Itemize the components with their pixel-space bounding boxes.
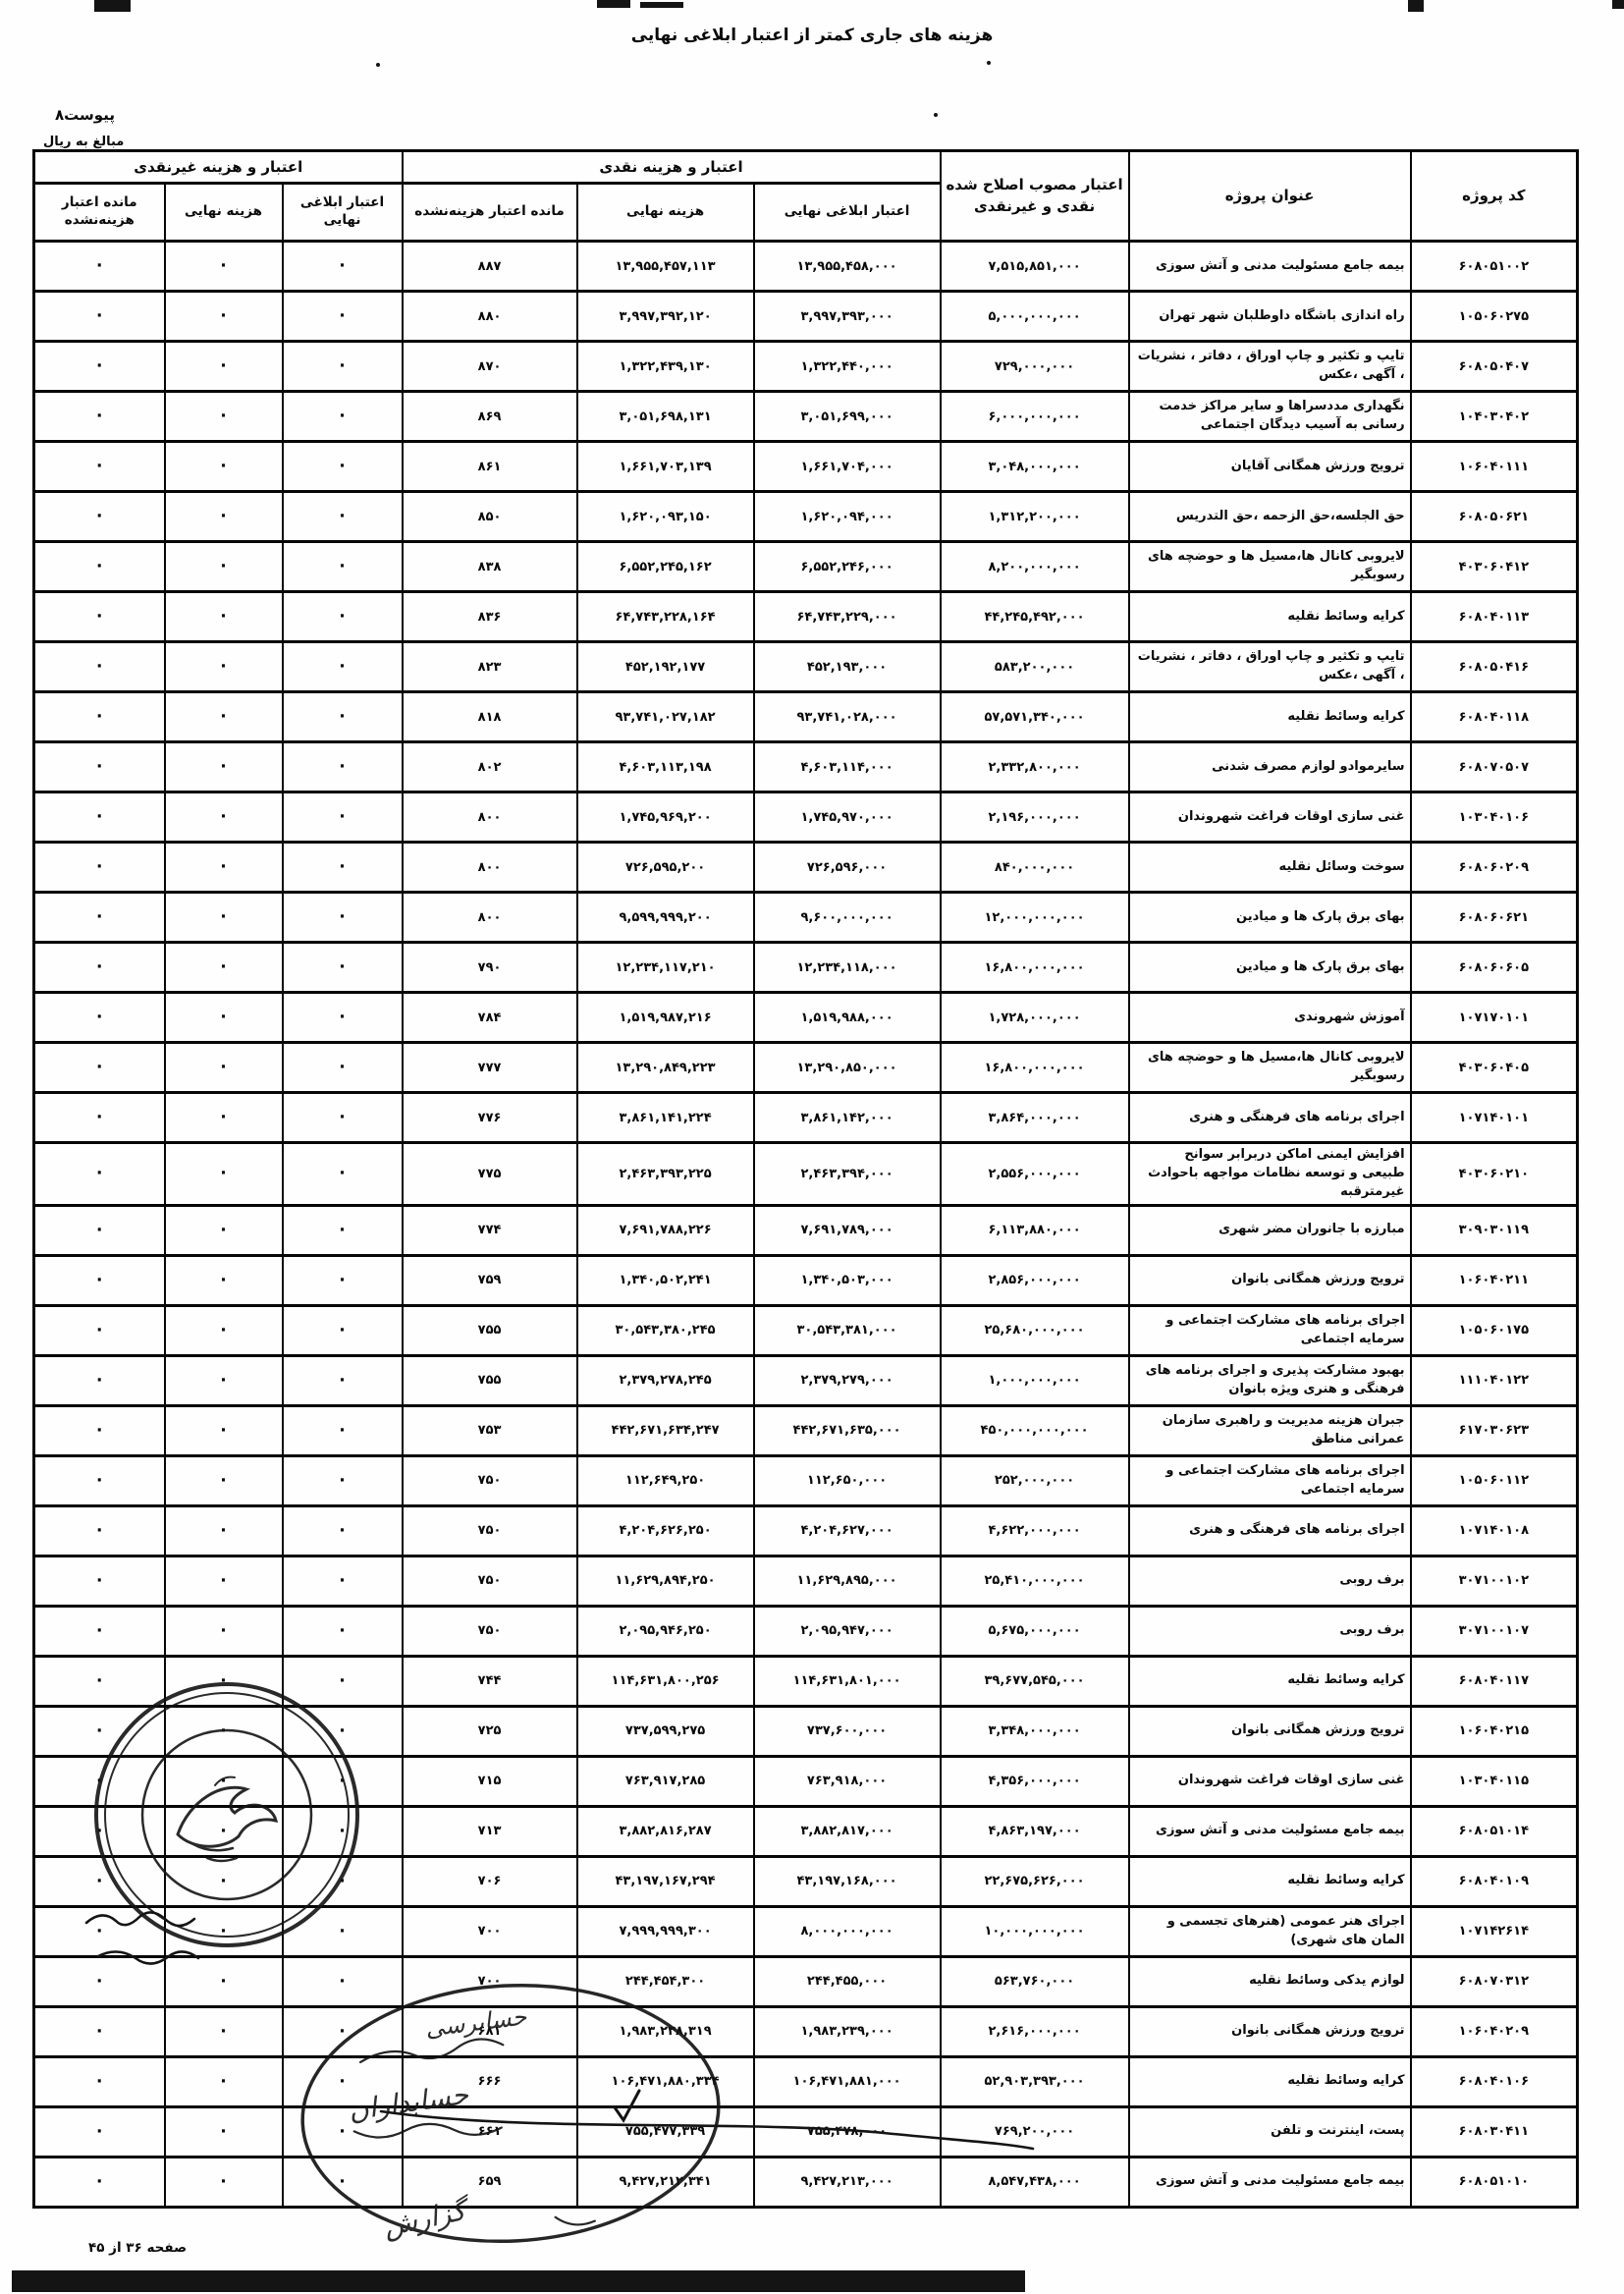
noncash-balance-cell: · [34, 1305, 165, 1355]
project-code-cell: ۱۰۳۰۴۰۱۰۶ [1411, 792, 1578, 843]
project-code-cell: ۶۰۸۰۴۰۱۰۹ [1411, 1856, 1578, 1906]
noncash-balance-cell: · [34, 2056, 165, 2106]
noncash-allocated-cell: · [283, 1043, 403, 1093]
noncash-expense-cell: · [165, 1856, 283, 1906]
cash-expense-cell: ۴,۲۰۴,۶۲۶,۲۵۰ [577, 1505, 754, 1556]
noncash-allocated-cell: · [283, 342, 403, 392]
header-group-noncash: اعتبار و هزینه غیرنقدی [34, 151, 403, 184]
project-title-cell: بیمه جامع مسئولیت مدنی و آتش سوزی [1129, 1806, 1411, 1856]
noncash-balance-cell: · [34, 392, 165, 442]
cash-balance-cell: ۸۱۸ [403, 692, 577, 742]
cash-allocated-cell: ۲,۴۶۳,۳۹۴,۰۰۰ [754, 1143, 941, 1206]
noncash-expense-cell: · [165, 1906, 283, 1956]
cash-expense-cell: ۱,۵۱۹,۹۸۷,۲۱۶ [577, 993, 754, 1043]
header-noncash-expense: هزینه نهایی [165, 184, 283, 242]
project-code-cell: ۶۰۸۰۷۰۳۱۲ [1411, 1956, 1578, 2006]
cash-balance-cell: ۷۰۰ [403, 1956, 577, 2006]
cash-expense-cell: ۱۱,۶۲۹,۸۹۴,۲۵۰ [577, 1556, 754, 1606]
cash-allocated-cell: ۳,۰۵۱,۶۹۹,۰۰۰ [754, 392, 941, 442]
cash-balance-cell: ۸۷۰ [403, 342, 577, 392]
table-row: ۶۰۸۰۴۰۱۱۸ کرایه وسائط نقلیه ۵۷,۵۷۱,۳۴۰,۰… [34, 692, 1578, 742]
project-code-cell: ۶۰۸۰۴۰۱۱۳ [1411, 592, 1578, 642]
project-code-cell: ۶۰۸۰۴۰۱۰۶ [1411, 2056, 1578, 2106]
cash-balance-cell: ۸۶۱ [403, 442, 577, 492]
cash-allocated-cell: ۱,۷۴۵,۹۷۰,۰۰۰ [754, 792, 941, 843]
noncash-expense-cell: · [165, 592, 283, 642]
noncash-expense-cell: · [165, 943, 283, 993]
noncash-balance-cell: · [34, 2106, 165, 2157]
table-row: ۶۰۸۰۵۰۴۰۷ تایپ و تکثیر و چاپ اوراق ، دفا… [34, 342, 1578, 392]
cash-balance-cell: ۷۵۰ [403, 1606, 577, 1656]
project-code-cell: ۱۰۴۰۳۰۴۰۲ [1411, 392, 1578, 442]
approved-credit-cell: ۱,۰۰۰,۰۰۰,۰۰۰ [941, 1355, 1129, 1405]
project-code-cell: ۳۰۹۰۳۰۱۱۹ [1411, 1205, 1578, 1255]
table-row: ۱۰۷۱۴۰۱۰۸ اجرای برنامه های فرهنگی و هنری… [34, 1505, 1578, 1556]
noncash-expense-cell: · [165, 542, 283, 592]
cash-balance-cell: ۸۶۹ [403, 392, 577, 442]
cash-allocated-cell: ۶۴,۷۴۳,۲۲۹,۰۰۰ [754, 592, 941, 642]
project-title-cell: اجرای برنامه های مشارکت اجتماعی و سرمایه… [1129, 1305, 1411, 1355]
noncash-allocated-cell: · [283, 1205, 403, 1255]
approved-credit-cell: ۵۷,۵۷۱,۳۴۰,۰۰۰ [941, 692, 1129, 742]
table-row: ۴۰۳۰۶۰۴۰۵ لایروبی کانال ها،مسیل ها و حوض… [34, 1043, 1578, 1093]
scan-artifact-top-marks [94, 0, 1624, 117]
project-title-cell: کرایه وسائط نقلیه [1129, 2056, 1411, 2106]
cash-expense-cell: ۳۰,۵۴۳,۳۸۰,۲۴۵ [577, 1305, 754, 1355]
cash-expense-cell: ۶,۵۵۲,۲۴۵,۱۶۲ [577, 542, 754, 592]
cash-expense-cell: ۱۳,۲۹۰,۸۴۹,۲۲۳ [577, 1043, 754, 1093]
noncash-balance-cell: · [34, 1043, 165, 1093]
approved-credit-cell: ۲۵,۴۱۰,۰۰۰,۰۰۰ [941, 1556, 1129, 1606]
cash-balance-cell: ۷۲۵ [403, 1706, 577, 1756]
cash-expense-cell: ۱,۷۴۵,۹۶۹,۲۰۰ [577, 792, 754, 843]
approved-credit-cell: ۴,۳۵۶,۰۰۰,۰۰۰ [941, 1756, 1129, 1806]
table-row: ۶۰۸۰۴۰۱۱۷ کرایه وسائط نقلیه ۳۹,۶۷۷,۵۴۵,۰… [34, 1656, 1578, 1706]
cash-expense-cell: ۱,۶۲۰,۰۹۳,۱۵۰ [577, 492, 754, 542]
header-group-cash: اعتبار و هزینه نقدی [403, 151, 941, 184]
project-title-cell: برف روبی [1129, 1606, 1411, 1656]
noncash-balance-cell: · [34, 642, 165, 692]
table-row: ۱۰۶۰۴۰۲۱۱ ترویج ورزش همگانی بانوان ۲,۸۵۶… [34, 1255, 1578, 1305]
project-title-cell: اجرای برنامه های مشارکت اجتماعی و سرمایه… [1129, 1455, 1411, 1505]
cash-allocated-cell: ۳,۸۶۱,۱۴۲,۰۰۰ [754, 1093, 941, 1143]
cash-balance-cell: ۶۶۱ [403, 2106, 577, 2157]
cash-balance-cell: ۸۳۸ [403, 542, 577, 592]
cash-expense-cell: ۹,۵۹۹,۹۹۹,۲۰۰ [577, 893, 754, 943]
noncash-expense-cell: · [165, 1706, 283, 1756]
cash-allocated-cell: ۱۳,۲۹۰,۸۵۰,۰۰۰ [754, 1043, 941, 1093]
cash-expense-cell: ۷۵۵,۴۷۷,۳۳۹ [577, 2106, 754, 2157]
cash-expense-cell: ۱,۳۴۰,۵۰۲,۲۴۱ [577, 1255, 754, 1305]
header-project-code: کد پروژه [1411, 151, 1578, 242]
cash-expense-cell: ۷,۹۹۹,۹۹۹,۳۰۰ [577, 1906, 754, 1956]
cash-expense-cell: ۴۵۲,۱۹۲,۱۷۷ [577, 642, 754, 692]
noncash-allocated-cell: · [283, 1093, 403, 1143]
project-code-cell: ۱۰۵۰۶۰۱۷۵ [1411, 1305, 1578, 1355]
project-title-cell: افزایش ایمنی اماکن دربرابر سوانح طبیعی و… [1129, 1143, 1411, 1206]
noncash-allocated-cell: · [283, 2006, 403, 2056]
project-code-cell: ۶۰۸۰۵۱۰۰۲ [1411, 242, 1578, 292]
cash-balance-cell: ۸۸۷ [403, 242, 577, 292]
project-title-cell: تایپ و تکثیر و چاپ اوراق ، دفاتر ، نشریا… [1129, 342, 1411, 392]
noncash-balance-cell: · [34, 1255, 165, 1305]
approved-credit-cell: ۶,۱۱۳,۸۸۰,۰۰۰ [941, 1205, 1129, 1255]
noncash-allocated-cell: · [283, 1856, 403, 1906]
project-code-cell: ۱۰۳۰۴۰۱۱۵ [1411, 1756, 1578, 1806]
noncash-allocated-cell: · [283, 492, 403, 542]
cash-allocated-cell: ۲,۳۷۹,۲۷۹,۰۰۰ [754, 1355, 941, 1405]
noncash-allocated-cell: · [283, 792, 403, 843]
cash-balance-cell: ۷۵۳ [403, 1405, 577, 1455]
project-code-cell: ۴۰۳۰۶۰۴۱۲ [1411, 542, 1578, 592]
project-code-cell: ۳۰۷۱۰۰۱۰۲ [1411, 1556, 1578, 1606]
table-row: ۱۱۱۰۴۰۱۲۲ بهبود مشارکت پذیری و اجرای برن… [34, 1355, 1578, 1405]
cash-balance-cell: ۷۵۰ [403, 1455, 577, 1505]
noncash-balance-cell: · [34, 1806, 165, 1856]
noncash-balance-cell: · [34, 792, 165, 843]
noncash-expense-cell: · [165, 1255, 283, 1305]
project-code-cell: ۱۰۷۱۴۰۱۰۱ [1411, 1093, 1578, 1143]
noncash-allocated-cell: · [283, 742, 403, 792]
cash-balance-cell: ۶۸۱ [403, 2006, 577, 2056]
noncash-allocated-cell: · [283, 943, 403, 993]
noncash-allocated-cell: · [283, 2056, 403, 2106]
cash-balance-cell: ۷۷۶ [403, 1093, 577, 1143]
header-cash-expense: هزینه نهایی [577, 184, 754, 242]
table-row: ۶۰۸۰۵۱۰۰۲ بیمه جامع مسئولیت مدنی و آتش س… [34, 242, 1578, 292]
noncash-expense-cell: · [165, 692, 283, 742]
approved-credit-cell: ۱,۷۲۸,۰۰۰,۰۰۰ [941, 993, 1129, 1043]
cash-balance-cell: ۷۹۰ [403, 943, 577, 993]
noncash-expense-cell: · [165, 2157, 283, 2207]
approved-credit-cell: ۶,۰۰۰,۰۰۰,۰۰۰ [941, 392, 1129, 442]
approved-credit-cell: ۵۶۳,۷۶۰,۰۰۰ [941, 1956, 1129, 2006]
approved-credit-cell: ۲۲,۶۷۵,۶۲۶,۰۰۰ [941, 1856, 1129, 1906]
noncash-expense-cell: · [165, 843, 283, 893]
noncash-expense-cell: · [165, 242, 283, 292]
cash-allocated-cell: ۴۵۲,۱۹۳,۰۰۰ [754, 642, 941, 692]
project-code-cell: ۶۰۸۰۷۰۵۰۷ [1411, 742, 1578, 792]
table-row: ۱۰۶۰۴۰۲۰۹ ترویج ورزش همگانی بانوان ۲,۶۱۶… [34, 2006, 1578, 2056]
cash-balance-cell: ۷۷۷ [403, 1043, 577, 1093]
cash-allocated-cell: ۸,۰۰۰,۰۰۰,۰۰۰ [754, 1906, 941, 1956]
cash-allocated-cell: ۱۱,۶۲۹,۸۹۵,۰۰۰ [754, 1556, 941, 1606]
project-title-cell: اجرای برنامه های فرهنگی و هنری [1129, 1093, 1411, 1143]
table-row: ۶۰۸۰۵۰۶۲۱ حق الجلسه،حق الزحمه ،حق التدری… [34, 492, 1578, 542]
noncash-balance-cell: · [34, 943, 165, 993]
noncash-allocated-cell: · [283, 1806, 403, 1856]
noncash-expense-cell: · [165, 442, 283, 492]
noncash-balance-cell: · [34, 1143, 165, 1206]
approved-credit-cell: ۲,۱۹۶,۰۰۰,۰۰۰ [941, 792, 1129, 843]
cash-balance-cell: ۶۵۹ [403, 2157, 577, 2207]
noncash-expense-cell: · [165, 1505, 283, 1556]
page-number: صفحه ۳۶ از ۴۵ [88, 2240, 187, 2256]
cash-balance-cell: ۷۴۴ [403, 1656, 577, 1706]
cash-allocated-cell: ۳,۹۹۷,۳۹۳,۰۰۰ [754, 292, 941, 342]
noncash-balance-cell: · [34, 843, 165, 893]
table-body: ۶۰۸۰۵۱۰۰۲ بیمه جامع مسئولیت مدنی و آتش س… [34, 242, 1578, 2208]
table-row: ۱۰۵۰۶۰۱۷۵ اجرای برنامه های مشارکت اجتماع… [34, 1305, 1578, 1355]
cash-allocated-cell: ۷۶۳,۹۱۸,۰۰۰ [754, 1756, 941, 1806]
cash-expense-cell: ۷۳۷,۵۹۹,۲۷۵ [577, 1706, 754, 1756]
project-title-cell: کرایه وسائط نقلیه [1129, 692, 1411, 742]
table-row: ۱۰۵۰۶۰۲۷۵ راه اندازی باشگاه داوطلبان شهر… [34, 292, 1578, 342]
cash-balance-cell: ۸۰۰ [403, 843, 577, 893]
cash-allocated-cell: ۷۲۶,۵۹۶,۰۰۰ [754, 843, 941, 893]
table-row: ۱۰۷۱۴۰۱۰۱ اجرای برنامه های فرهنگی و هنری… [34, 1093, 1578, 1143]
project-code-cell: ۶۰۸۰۶۰۲۰۹ [1411, 843, 1578, 893]
cash-balance-cell: ۷۰۶ [403, 1856, 577, 1906]
project-code-cell: ۶۰۸۰۵۱۰۱۴ [1411, 1806, 1578, 1856]
cash-allocated-cell: ۱۰۶,۴۷۱,۸۸۱,۰۰۰ [754, 2056, 941, 2106]
currency-note: مبالغ به ریال [43, 135, 124, 149]
noncash-expense-cell: · [165, 993, 283, 1043]
approved-credit-cell: ۸۴۰,۰۰۰,۰۰۰ [941, 843, 1129, 893]
project-title-cell: کرایه وسائط نقلیه [1129, 592, 1411, 642]
cash-balance-cell: ۷۱۵ [403, 1756, 577, 1806]
noncash-allocated-cell: · [283, 1405, 403, 1455]
cash-allocated-cell: ۷۳۷,۶۰۰,۰۰۰ [754, 1706, 941, 1756]
header-approved-credit: اعتبار مصوب اصلاح شده نقدی و غیرنقدی [941, 151, 1129, 242]
cash-allocated-cell: ۳۰,۵۴۳,۳۸۱,۰۰۰ [754, 1305, 941, 1355]
cash-expense-cell: ۱,۶۶۱,۷۰۳,۱۳۹ [577, 442, 754, 492]
noncash-balance-cell: · [34, 1756, 165, 1806]
approved-credit-cell: ۴,۸۶۳,۱۹۷,۰۰۰ [941, 1806, 1129, 1856]
noncash-allocated-cell: · [283, 2106, 403, 2157]
header-noncash-allocated: اعتبار ابلاغی نهایی [283, 184, 403, 242]
noncash-expense-cell: · [165, 1305, 283, 1355]
approved-credit-cell: ۲۵,۶۸۰,۰۰۰,۰۰۰ [941, 1305, 1129, 1355]
project-code-cell: ۱۰۶۰۴۰۲۱۱ [1411, 1255, 1578, 1305]
noncash-expense-cell: · [165, 742, 283, 792]
noncash-allocated-cell: · [283, 1255, 403, 1305]
cash-expense-cell: ۲,۴۶۳,۳۹۳,۲۲۵ [577, 1143, 754, 1206]
table-row: ۱۰۳۰۴۰۱۱۵ غنی سازی اوقات فراغت شهروندان … [34, 1756, 1578, 1806]
approved-credit-cell: ۲,۶۱۶,۰۰۰,۰۰۰ [941, 2006, 1129, 2056]
project-title-cell: نگهداری مددسراها و سایر مراکز خدمت رسانی… [1129, 392, 1411, 442]
noncash-balance-cell: · [34, 2006, 165, 2056]
table-row: ۶۰۸۰۴۰۱۱۳ کرایه وسائط نقلیه ۴۴,۲۴۵,۴۹۲,۰… [34, 592, 1578, 642]
noncash-expense-cell: · [165, 492, 283, 542]
noncash-balance-cell: · [34, 542, 165, 592]
approved-credit-cell: ۴,۶۲۲,۰۰۰,۰۰۰ [941, 1505, 1129, 1556]
cash-expense-cell: ۶۴,۷۴۳,۲۲۸,۱۶۴ [577, 592, 754, 642]
noncash-balance-cell: · [34, 592, 165, 642]
project-title-cell: لوازم یدکی وسائط نقلیه [1129, 1956, 1411, 2006]
cash-expense-cell: ۱۱۲,۶۴۹,۲۵۰ [577, 1455, 754, 1505]
cash-allocated-cell: ۹۳,۷۴۱,۰۲۸,۰۰۰ [754, 692, 941, 742]
cash-allocated-cell: ۴۴۲,۶۷۱,۶۳۵,۰۰۰ [754, 1405, 941, 1455]
table-row: ۶۰۸۰۶۰۲۰۹ سوخت وسائل نقلیه ۸۴۰,۰۰۰,۰۰۰ ۷… [34, 843, 1578, 893]
approved-credit-cell: ۷۲۹,۰۰۰,۰۰۰ [941, 342, 1129, 392]
noncash-balance-cell: · [34, 1205, 165, 1255]
cash-allocated-cell: ۷۵۵,۴۷۸,۰۰۰ [754, 2106, 941, 2157]
cash-allocated-cell: ۲,۰۹۵,۹۴۷,۰۰۰ [754, 1606, 941, 1656]
table-row: ۴۰۳۰۶۰۴۱۲ لایروبی کانال ها،مسیل ها و حوض… [34, 542, 1578, 592]
table-row: ۶۰۸۰۵۰۴۱۶ تایپ و تکثیر و چاپ اوراق ، دفا… [34, 642, 1578, 692]
noncash-expense-cell: · [165, 1043, 283, 1093]
noncash-expense-cell: · [165, 1956, 283, 2006]
noncash-balance-cell: · [34, 742, 165, 792]
cash-balance-cell: ۸۰۰ [403, 792, 577, 843]
project-title-cell: بهای برق پارک ها و میادین [1129, 893, 1411, 943]
approved-credit-cell: ۲۵۲,۰۰۰,۰۰۰ [941, 1455, 1129, 1505]
cash-allocated-cell: ۴۳,۱۹۷,۱۶۸,۰۰۰ [754, 1856, 941, 1906]
cash-expense-cell: ۴۴۲,۶۷۱,۶۳۴,۲۴۷ [577, 1405, 754, 1455]
approved-credit-cell: ۱۶,۸۰۰,۰۰۰,۰۰۰ [941, 943, 1129, 993]
cash-balance-cell: ۸۲۳ [403, 642, 577, 692]
noncash-expense-cell: · [165, 2056, 283, 2106]
project-title-cell: جبران هزینه مدیریت و راهبری سازمان عمران… [1129, 1405, 1411, 1455]
noncash-allocated-cell: · [283, 1143, 403, 1206]
project-title-cell: پست، اینترنت و تلفن [1129, 2106, 1411, 2157]
cash-balance-cell: ۷۷۵ [403, 1143, 577, 1206]
scanned-document-page: هزینه های جاری کمتر از اعتبار ابلاغی نها… [0, 0, 1624, 2294]
project-title-cell: بهبود مشارکت پذیری و اجرای برنامه های فر… [1129, 1355, 1411, 1405]
cash-allocated-cell: ۱,۳۲۲,۴۴۰,۰۰۰ [754, 342, 941, 392]
noncash-balance-cell: · [34, 1656, 165, 1706]
noncash-balance-cell: · [34, 1956, 165, 2006]
noncash-balance-cell: · [34, 692, 165, 742]
approved-credit-cell: ۲,۵۵۶,۰۰۰,۰۰۰ [941, 1143, 1129, 1206]
cash-balance-cell: ۷۷۴ [403, 1205, 577, 1255]
cash-allocated-cell: ۴,۲۰۴,۶۲۷,۰۰۰ [754, 1505, 941, 1556]
cash-expense-cell: ۱,۹۸۳,۲۳۸,۳۱۹ [577, 2006, 754, 2056]
table-row: ۱۰۶۰۴۰۲۱۵ ترویج ورزش همگانی بانوان ۳,۳۴۸… [34, 1706, 1578, 1756]
project-title-cell: ترویج ورزش همگانی آقایان [1129, 442, 1411, 492]
cash-expense-cell: ۱۰۶,۴۷۱,۸۸۰,۳۳۴ [577, 2056, 754, 2106]
approved-credit-cell: ۳,۸۶۴,۰۰۰,۰۰۰ [941, 1093, 1129, 1143]
cash-expense-cell: ۷۲۶,۵۹۵,۲۰۰ [577, 843, 754, 893]
noncash-allocated-cell: · [283, 442, 403, 492]
cash-expense-cell: ۴,۶۰۳,۱۱۳,۱۹۸ [577, 742, 754, 792]
project-title-cell: آموزش شهروندی [1129, 993, 1411, 1043]
approved-credit-cell: ۵,۶۷۵,۰۰۰,۰۰۰ [941, 1606, 1129, 1656]
noncash-allocated-cell: · [283, 542, 403, 592]
noncash-allocated-cell: · [283, 893, 403, 943]
approved-credit-cell: ۷,۵۱۵,۸۵۱,۰۰۰ [941, 242, 1129, 292]
cash-balance-cell: ۸۰۲ [403, 742, 577, 792]
cash-balance-cell: ۸۳۶ [403, 592, 577, 642]
noncash-expense-cell: · [165, 1756, 283, 1806]
noncash-allocated-cell: · [283, 1906, 403, 1956]
noncash-expense-cell: · [165, 342, 283, 392]
cash-allocated-cell: ۱۲,۲۳۴,۱۱۸,۰۰۰ [754, 943, 941, 993]
project-code-cell: ۱۰۶۰۴۰۲۰۹ [1411, 2006, 1578, 2056]
noncash-balance-cell: · [34, 292, 165, 342]
noncash-expense-cell: · [165, 893, 283, 943]
project-title-cell: لایروبی کانال ها،مسیل ها و حوضچه های رسو… [1129, 1043, 1411, 1093]
cash-expense-cell: ۹,۴۲۷,۲۱۲,۳۴۱ [577, 2157, 754, 2207]
cash-expense-cell: ۱,۳۲۲,۴۳۹,۱۳۰ [577, 342, 754, 392]
attachment-label: پیوست۸ [55, 106, 115, 124]
noncash-balance-cell: · [34, 1505, 165, 1556]
cash-balance-cell: ۶۶۶ [403, 2056, 577, 2106]
noncash-balance-cell: · [34, 442, 165, 492]
noncash-allocated-cell: · [283, 642, 403, 692]
noncash-allocated-cell: · [283, 1606, 403, 1656]
cash-balance-cell: ۸۸۰ [403, 292, 577, 342]
cash-expense-cell: ۷۶۳,۹۱۷,۲۸۵ [577, 1756, 754, 1806]
table-row: ۶۰۸۰۷۰۳۱۲ لوازم یدکی وسائط نقلیه ۵۶۳,۷۶۰… [34, 1956, 1578, 2006]
approved-credit-cell: ۱۶,۸۰۰,۰۰۰,۰۰۰ [941, 1043, 1129, 1093]
header-project-title: عنوان پروژه [1129, 151, 1411, 242]
cash-expense-cell: ۲,۳۷۹,۲۷۸,۲۴۵ [577, 1355, 754, 1405]
approved-credit-cell: ۵۲,۹۰۳,۳۹۳,۰۰۰ [941, 2056, 1129, 2106]
cash-balance-cell: ۷۸۴ [403, 993, 577, 1043]
project-title-cell: غنی سازی اوقات فراغت شهروندان [1129, 792, 1411, 843]
project-code-cell: ۱۰۶۰۴۰۱۱۱ [1411, 442, 1578, 492]
noncash-allocated-cell: · [283, 392, 403, 442]
approved-credit-cell: ۲,۸۵۶,۰۰۰,۰۰۰ [941, 1255, 1129, 1305]
cash-allocated-cell: ۴,۶۰۳,۱۱۴,۰۰۰ [754, 742, 941, 792]
noncash-balance-cell: · [34, 492, 165, 542]
project-code-cell: ۱۰۵۰۶۰۲۷۵ [1411, 292, 1578, 342]
approved-credit-cell: ۸,۲۰۰,۰۰۰,۰۰۰ [941, 542, 1129, 592]
noncash-allocated-cell: · [283, 692, 403, 742]
noncash-allocated-cell: · [283, 1355, 403, 1405]
noncash-balance-cell: · [34, 1093, 165, 1143]
project-title-cell: اجرای هنر عمومی (هنرهای تجسمی و المان ها… [1129, 1906, 1411, 1956]
approved-credit-cell: ۳,۳۴۸,۰۰۰,۰۰۰ [941, 1706, 1129, 1756]
project-code-cell: ۶۰۸۰۶۰۶۲۱ [1411, 893, 1578, 943]
project-code-cell: ۶۰۸۰۶۰۶۰۵ [1411, 943, 1578, 993]
cash-allocated-cell: ۳,۸۸۲,۸۱۷,۰۰۰ [754, 1806, 941, 1856]
project-code-cell: ۶۰۸۰۵۱۰۱۰ [1411, 2157, 1578, 2207]
noncash-expense-cell: · [165, 2106, 283, 2157]
cash-balance-cell: ۷۵۹ [403, 1255, 577, 1305]
noncash-allocated-cell: · [283, 1455, 403, 1505]
noncash-balance-cell: · [34, 1706, 165, 1756]
noncash-expense-cell: · [165, 1606, 283, 1656]
project-title-cell: بیمه جامع مسئولیت مدنی و آتش سوزی [1129, 2157, 1411, 2207]
cash-balance-cell: ۷۰۰ [403, 1906, 577, 1956]
project-title-cell: برف روبی [1129, 1556, 1411, 1606]
noncash-expense-cell: · [165, 1093, 283, 1143]
table-row: ۱۰۷۱۷۰۱۰۱ آموزش شهروندی ۱,۷۲۸,۰۰۰,۰۰۰ ۱,… [34, 993, 1578, 1043]
project-code-cell: ۶۰۸۰۴۰۱۱۷ [1411, 1656, 1578, 1706]
project-title-cell: لایروبی کانال ها،مسیل ها و حوضچه های رسو… [1129, 542, 1411, 592]
noncash-allocated-cell: · [283, 1756, 403, 1806]
project-title-cell: کرایه وسائط نقلیه [1129, 1656, 1411, 1706]
approved-credit-cell: ۴۴,۲۴۵,۴۹۲,۰۰۰ [941, 592, 1129, 642]
noncash-balance-cell: · [34, 242, 165, 292]
cash-expense-cell: ۹۳,۷۴۱,۰۲۷,۱۸۲ [577, 692, 754, 742]
project-title-cell: ترویج ورزش همگانی بانوان [1129, 1255, 1411, 1305]
cash-allocated-cell: ۹,۴۲۷,۲۱۳,۰۰۰ [754, 2157, 941, 2207]
cash-allocated-cell: ۱,۹۸۳,۲۳۹,۰۰۰ [754, 2006, 941, 2056]
noncash-expense-cell: · [165, 2006, 283, 2056]
noncash-balance-cell: · [34, 1906, 165, 1956]
project-title-cell: ترویج ورزش همگانی بانوان [1129, 1706, 1411, 1756]
project-code-cell: ۱۱۱۰۴۰۱۲۲ [1411, 1355, 1578, 1405]
project-title-cell: اجرای برنامه های فرهنگی و هنری [1129, 1505, 1411, 1556]
noncash-allocated-cell: · [283, 1505, 403, 1556]
project-code-cell: ۶۱۷۰۳۰۶۲۳ [1411, 1405, 1578, 1455]
noncash-expense-cell: · [165, 1205, 283, 1255]
table-row: ۶۰۸۰۳۰۴۱۱ پست، اینترنت و تلفن ۷۶۹,۲۰۰,۰۰… [34, 2106, 1578, 2157]
cash-allocated-cell: ۱۳,۹۵۵,۴۵۸,۰۰۰ [754, 242, 941, 292]
cash-expense-cell: ۲۴۴,۴۵۴,۳۰۰ [577, 1956, 754, 2006]
project-title-cell: غنی سازی اوقات فراغت شهروندان [1129, 1756, 1411, 1806]
noncash-expense-cell: · [165, 1455, 283, 1505]
cash-allocated-cell: ۱۱۴,۶۳۱,۸۰۱,۰۰۰ [754, 1656, 941, 1706]
project-title-cell: کرایه وسائط نقلیه [1129, 1856, 1411, 1906]
approved-credit-cell: ۱۰,۰۰۰,۰۰۰,۰۰۰ [941, 1906, 1129, 1956]
noncash-balance-cell: · [34, 1856, 165, 1906]
cash-allocated-cell: ۶,۵۵۲,۲۴۶,۰۰۰ [754, 542, 941, 592]
